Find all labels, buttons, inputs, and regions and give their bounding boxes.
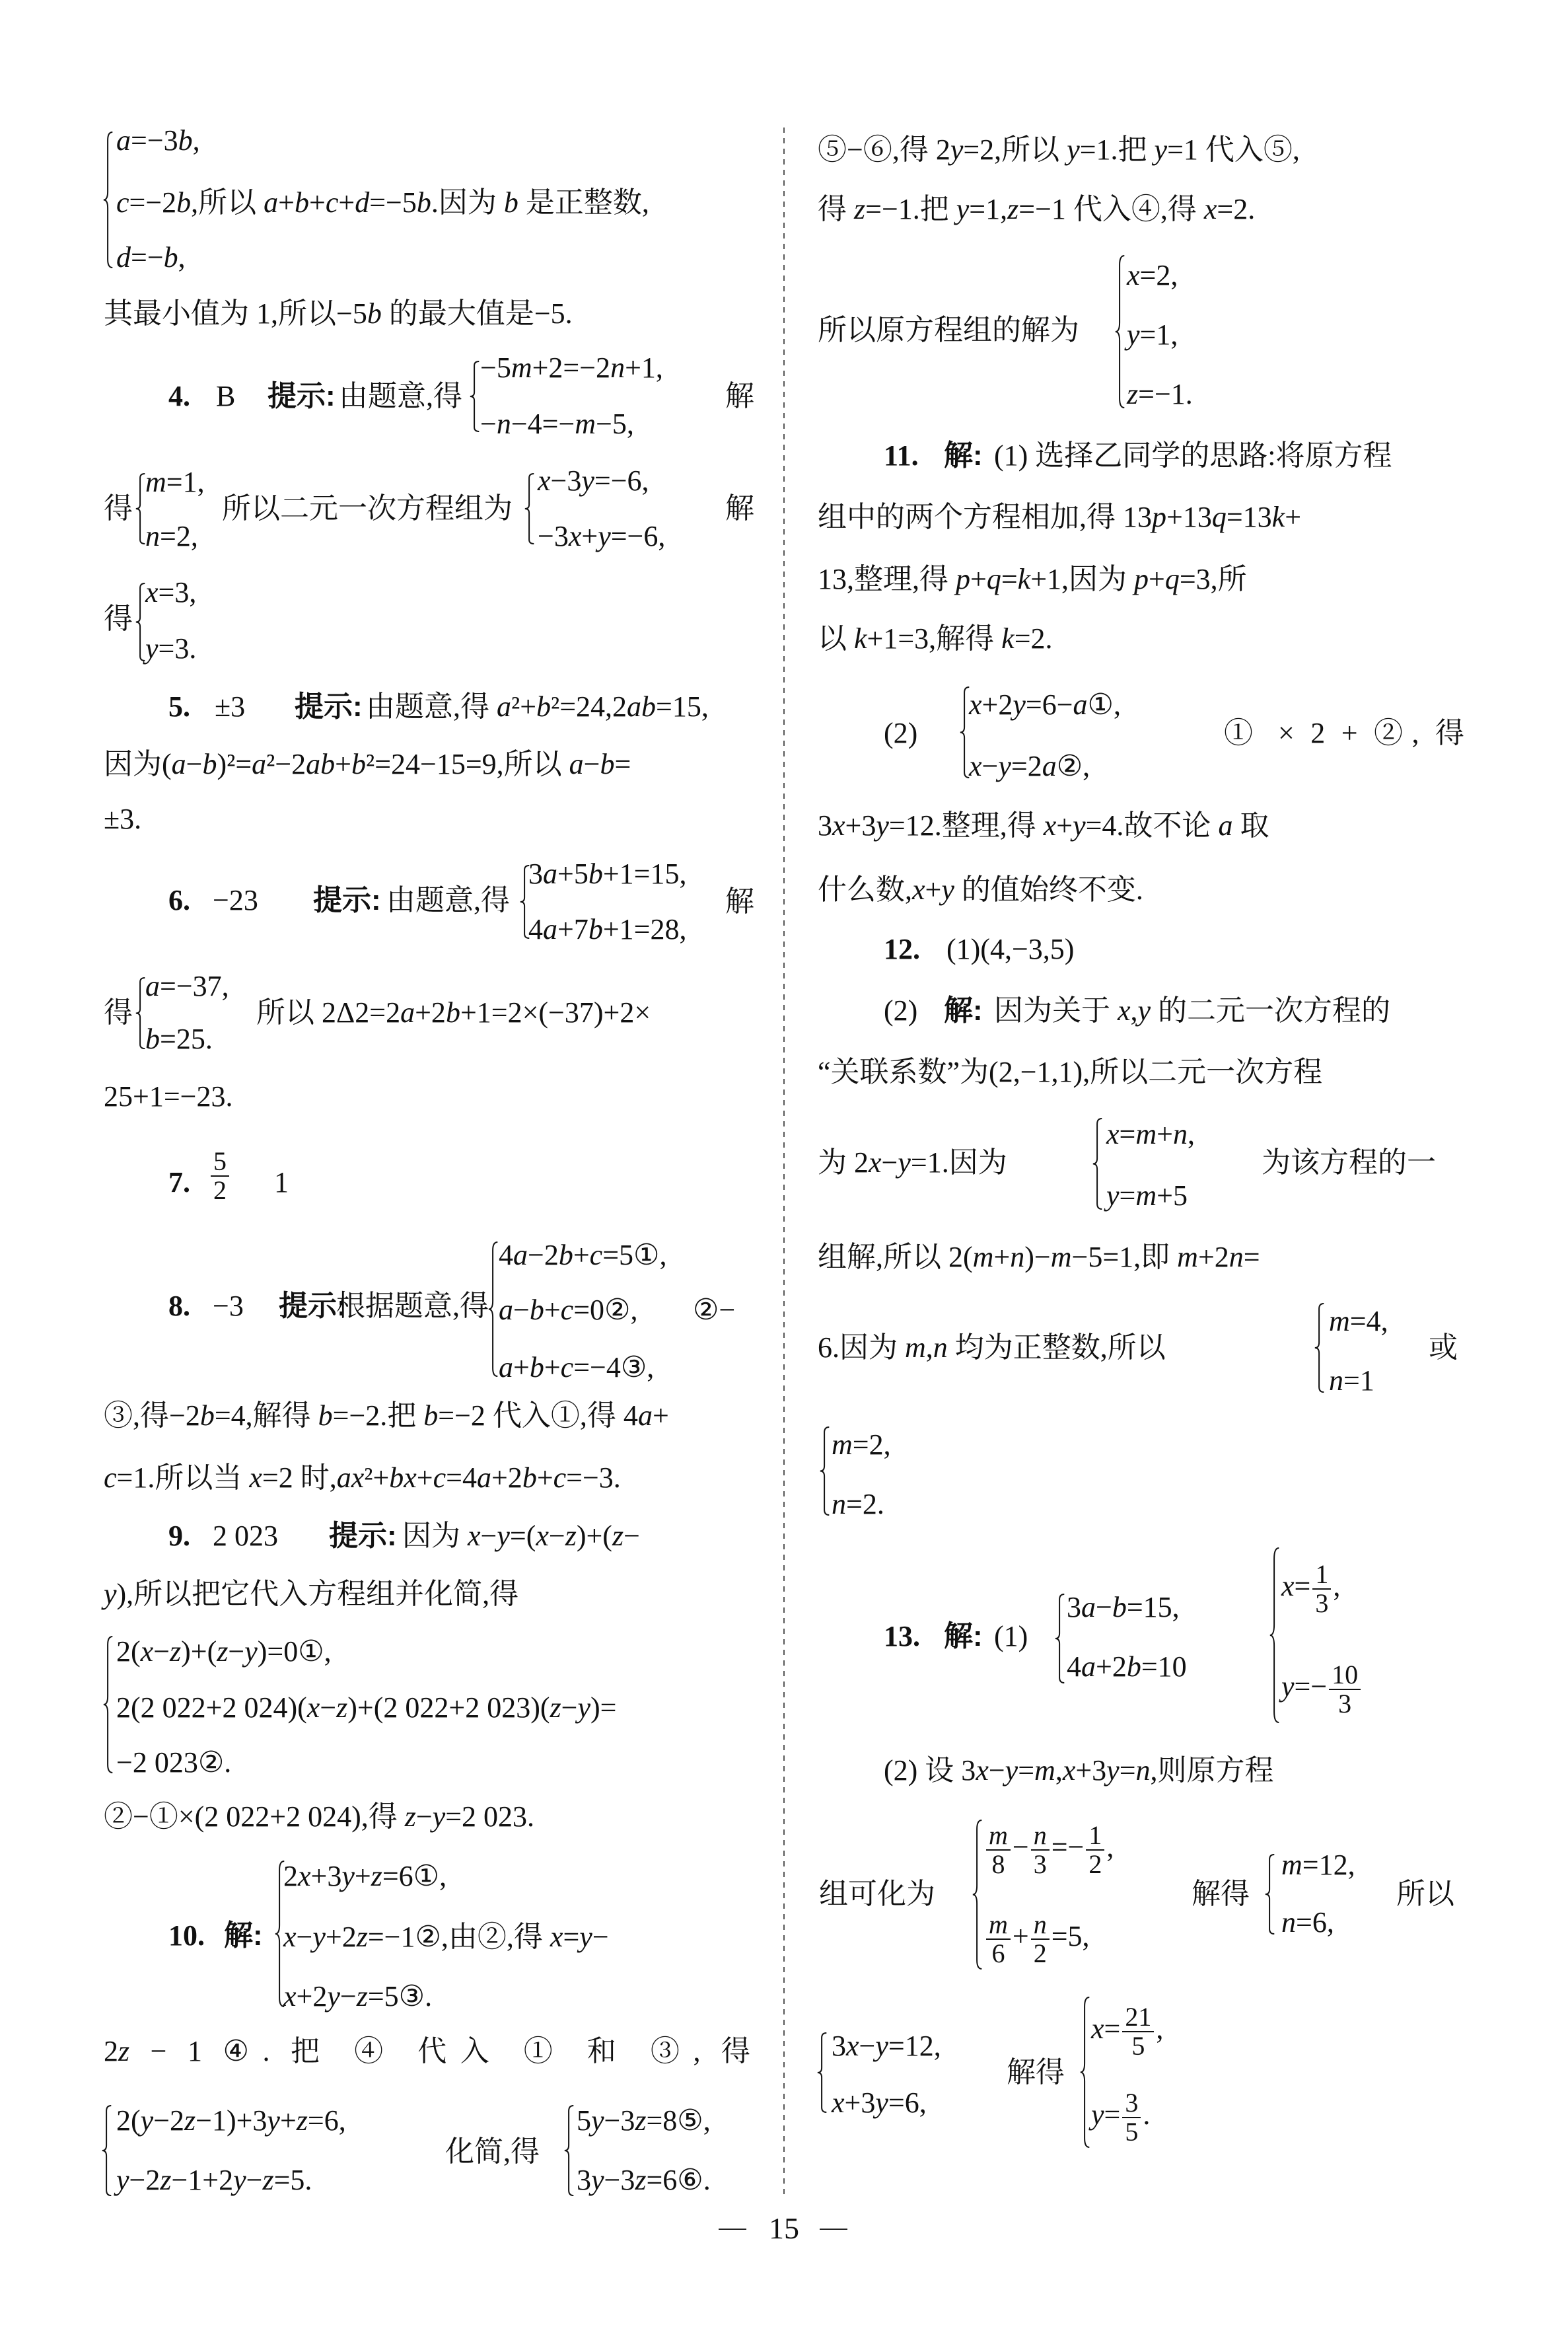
brace-icon <box>1114 256 1126 408</box>
text: 为 2x−y=1.因为 <box>818 1147 1007 1179</box>
system-row: n=2. <box>832 1489 884 1520</box>
text: 所以原方程组的解为 <box>818 314 1079 346</box>
text-line: 因为(a−b)²=a²−2ab+b²=24−15=9,所以 a−b= <box>104 749 631 780</box>
fraction: 13 <box>1312 1561 1331 1617</box>
text-line: ±3. <box>104 803 141 835</box>
system-row: x=m+n, <box>1106 1119 1195 1150</box>
hint-label: 提示: <box>295 691 363 723</box>
denominator: 3 <box>1312 1588 1331 1617</box>
question-number: 13. <box>884 1621 920 1652</box>
lhs: y=− <box>1281 1670 1327 1703</box>
text: 化简,得 <box>445 2136 540 2168</box>
system-row: n=1 <box>1329 1365 1374 1397</box>
denominator: 3 <box>1329 1689 1361 1718</box>
solution-label: 解: <box>944 995 983 1027</box>
question-number: 7. <box>168 1167 190 1199</box>
brace-icon <box>1264 1855 1276 1934</box>
tail: =5, <box>1051 1920 1090 1952</box>
solution-row: y=35. <box>1091 2089 1150 2146</box>
system-row: 3x−y=12, <box>832 2030 941 2062</box>
fraction: 215 <box>1122 2003 1154 2060</box>
system-row: 3a−b=15, <box>1067 1592 1180 1623</box>
solution-row: x=13, <box>1281 1561 1340 1617</box>
system-row: 2(2 022+2 024)(x−z)+(2 022+2 023)(z−y)= <box>116 1692 616 1724</box>
fraction: m8 <box>986 1822 1011 1878</box>
text-line: 2z − 1 ④. 把 ④ 代入 ① 和 ③, 得 <box>104 2036 750 2067</box>
system-row: 2(y−2z−1)+3y+z=6, <box>116 2105 346 2137</box>
system-row: 3y−3z=6⑥. <box>577 2164 711 2196</box>
answer-page: a=−3b, c=−2b,所以 a+b+c+d=−5b.因为 b 是正整数, d… <box>0 0 1568 2325</box>
system-row: a=−37, <box>145 971 229 1002</box>
hint-label: 提示: <box>329 1520 397 1552</box>
operator: + <box>1013 1920 1029 1952</box>
brace-icon <box>102 132 114 268</box>
system-row: a−b+c=0②, <box>499 1294 637 1326</box>
numerator: 10 <box>1329 1661 1361 1689</box>
tail: , <box>1333 1570 1340 1602</box>
system-row: 2(x−z)+(z−y)=0①, <box>116 1636 332 1668</box>
question-number: 11. <box>884 440 919 472</box>
system-row: z=−1. <box>1127 379 1193 410</box>
numerator: 21 <box>1122 2003 1154 2031</box>
answer: ±3 <box>215 691 245 723</box>
system-row: m8−n3=−12, <box>984 1822 1114 1878</box>
operator: − <box>1013 1831 1029 1863</box>
brace-icon <box>102 1637 114 1773</box>
tail: . <box>1143 2098 1150 2131</box>
numerator: 1 <box>1312 1561 1331 1588</box>
system-row: 4a−2b+c=5①, <box>499 1239 666 1271</box>
answer: −23 <box>213 885 258 916</box>
system-row: y=m+5 <box>1106 1180 1188 1212</box>
numerator: m <box>986 1822 1011 1849</box>
fraction: 52 <box>211 1148 229 1204</box>
text: 解 <box>725 493 754 525</box>
system-row: y=3. <box>145 633 196 665</box>
numerator: 5 <box>211 1148 229 1175</box>
fraction: n2 <box>1031 1911 1050 1968</box>
column-divider <box>783 128 785 2197</box>
solution-label: 解: <box>224 1920 263 1952</box>
text: 由题意,得 <box>386 885 510 916</box>
text-line: 组解,所以 2(m+n)−m−5=1,即 m+2n= <box>818 1241 1260 1273</box>
system-row: 4a+7b+1=28, <box>528 914 686 945</box>
answer: 2 023 <box>213 1520 278 1552</box>
brace-icon <box>819 1427 831 1515</box>
system-row: −2 023②. <box>116 1747 231 1779</box>
system-row: x−y=2a②, <box>969 751 1090 782</box>
brace-icon <box>1092 1119 1104 1209</box>
system-row: x+2y=6−a①, <box>969 689 1121 721</box>
denominator: 2 <box>1086 1849 1104 1878</box>
text-line: 13,整理,得 p+q=k+1,因为 p+q=3,所 <box>818 564 1247 595</box>
text: 由题意,得 a²+b²=24,2ab=15, <box>366 691 709 723</box>
numerator: n <box>1031 1822 1050 1849</box>
system-row: x=2, <box>1127 260 1178 291</box>
text: 所以二元一次方程组为 <box>222 493 513 525</box>
text-line: y),所以把它代入方程组并化简,得 <box>104 1578 518 1610</box>
system-row: 4a+2b=10 <box>1067 1651 1187 1683</box>
system-row: x+2y−z=5③. <box>283 1981 432 2012</box>
brace-icon <box>101 2106 113 2196</box>
text-line: ③,得−2b=4,解得 b=−2.把 b=−2 代入①,得 4a+ <box>104 1400 669 1432</box>
trailing-text: 所以 a+b+c+d=−5b.因为 b 是正整数, <box>198 186 649 219</box>
question-number: 8. <box>168 1290 190 1322</box>
system-row: −n−4=−m−5, <box>480 408 634 440</box>
page-number: 15 <box>769 2213 799 2244</box>
system-row: x+3y=6, <box>832 2087 927 2119</box>
text: 得 <box>104 997 133 1029</box>
part-label: (2) <box>884 995 917 1027</box>
answer-fraction: 52 <box>209 1148 231 1204</box>
text: 为该方程的一 <box>1262 1147 1436 1179</box>
system-row: b=25. <box>145 1023 213 1055</box>
denominator: 5 <box>1122 2117 1141 2146</box>
system-row: x−y+2z=−1②,由②,得 x=y− <box>283 1921 609 1953</box>
text-line: 其最小值为 1,所以−5b 的最大值是−5. <box>104 298 573 330</box>
text: 解 <box>725 886 754 918</box>
solution-label: 解: <box>944 1621 983 1652</box>
system-row: x−3y=−6, <box>538 465 649 497</box>
system-row: m=1, <box>145 466 205 498</box>
system-row: a=−3b, <box>116 125 200 157</box>
fraction: 103 <box>1329 1661 1361 1718</box>
text: ②− <box>693 1294 735 1326</box>
text-line: 25+1=−23. <box>104 1081 232 1113</box>
text: 根据题意,得 <box>336 1290 489 1322</box>
system-row: a+b+c=−4③, <box>499 1352 654 1384</box>
lhs: x= <box>1281 1570 1310 1602</box>
text-line: 组中的两个方程相加,得 13p+13q=13k+ <box>818 501 1301 533</box>
question-number: 6. <box>168 885 190 916</box>
text: 因为 x−y=(x−z)+(z− <box>402 1520 640 1552</box>
numerator: 3 <box>1122 2089 1141 2117</box>
system-row: m=12, <box>1281 1849 1355 1881</box>
answer: (1)(4,−3,5) <box>946 934 1074 965</box>
question-number: 12. <box>884 934 920 965</box>
text-line: 得 z=−1.把 y=1,z=−1 代入④,得 x=2. <box>818 194 1255 225</box>
text-line: 3x+3y=12.整理,得 x+y=4.故不论 a 取 <box>818 810 1269 842</box>
numerator: n <box>1031 1911 1050 1938</box>
brace-icon <box>469 361 481 431</box>
text: 解得 <box>1192 1878 1250 1910</box>
denominator: 8 <box>986 1849 1011 1878</box>
brace-icon <box>1079 1997 1091 2147</box>
system-row-eq: x−y+2z=−1②, <box>283 1921 448 1953</box>
numerator: 1 <box>1086 1822 1104 1849</box>
system-row: y=1, <box>1127 319 1178 351</box>
page-number-dash-left <box>719 2229 746 2230</box>
part-label: (2) <box>884 718 917 749</box>
text-line: 以 k+1=3,解得 k=2. <box>818 623 1053 655</box>
text: 因为关于 x,y 的二元一次方程的 <box>994 995 1390 1027</box>
numerator: m <box>986 1911 1011 1938</box>
denominator: 2 <box>211 1175 229 1204</box>
brace-icon <box>972 1820 983 1969</box>
system-row: 2x+3y+z=6①, <box>283 1861 446 1892</box>
solution-row: y=−103 <box>1281 1661 1363 1718</box>
fraction: m6 <box>986 1911 1011 1968</box>
brace-icon <box>1269 1548 1281 1722</box>
page-number-dash-right <box>820 2229 847 2230</box>
tail: , <box>1156 2012 1163 2045</box>
brace-icon <box>1314 1304 1326 1392</box>
brace-icon <box>816 2033 828 2112</box>
trailing-text: 由②,得 x=y− <box>448 1921 609 1953</box>
text-line: “关联系数”为(2,−1,1),所以二元一次方程 <box>818 1056 1322 1088</box>
text: 由题意,得 <box>339 381 462 412</box>
system-row-eq: c=−2b, <box>116 186 198 219</box>
system-row: m=2, <box>832 1429 891 1461</box>
system-row: −5m+2=−2n+1, <box>480 352 663 384</box>
text-line: c=1.所以当 x=2 时,ax²+bx+c=4a+2b+c=−3. <box>104 1462 621 1494</box>
hint-label: 提示: <box>313 885 381 916</box>
system-row: 3a+5b+1=15, <box>528 858 686 890</box>
fraction: 12 <box>1086 1822 1104 1878</box>
system-row: y−2z−1+2y−z=5. <box>116 2164 312 2196</box>
text: ① × 2 + ②, 得 <box>1224 718 1464 749</box>
denominator: 6 <box>986 1938 1011 1968</box>
text-line: ②−①×(2 022+2 024),得 z−y=2 023. <box>104 1801 534 1833</box>
operator: =− <box>1051 1831 1085 1863</box>
denominator: 2 <box>1031 1938 1050 1968</box>
text-line: 什么数,x+y 的值始终不变. <box>818 874 1143 906</box>
system-row: n=6, <box>1281 1907 1334 1938</box>
solution-row: x=215, <box>1091 2003 1163 2060</box>
system-row: m6+n2=5, <box>984 1911 1090 1968</box>
text: 组可化为 <box>819 1878 935 1910</box>
question-number: 9. <box>168 1520 190 1552</box>
brace-icon <box>487 1242 499 1376</box>
lhs: y= <box>1091 2098 1120 2131</box>
question-number: 5. <box>168 691 190 723</box>
denominator: 5 <box>1122 2031 1154 2060</box>
text: 解得 <box>1007 2057 1065 2088</box>
system-row: 5y−3z=8⑤, <box>577 2105 711 2137</box>
denominator: 3 <box>1031 1849 1050 1878</box>
fraction: 35 <box>1122 2089 1141 2146</box>
system-row: d=−b, <box>116 242 186 274</box>
text: 得 <box>104 603 133 635</box>
text-line: (2) 设 3x−y=m,x+3y=n,则原方程 <box>884 1755 1274 1787</box>
question-number: 10. <box>168 1920 205 1952</box>
answer: B <box>216 381 235 412</box>
brace-icon <box>563 2106 575 2196</box>
answer: −3 <box>213 1290 244 1322</box>
solution-label: 解: <box>944 440 983 472</box>
text: 解 <box>725 381 754 412</box>
question-number: 4. <box>168 381 190 412</box>
system-row: c=−2b,所以 a+b+c+d=−5b.因为 b 是正整数, <box>116 187 649 219</box>
text: 所以 2Δ2=2a+2b+1=2×(−37)+2× <box>256 997 651 1029</box>
hint-label: 提示: <box>267 381 336 412</box>
text: (1) 选择乙同学的思路:将原方程 <box>994 440 1392 472</box>
tail: , <box>1106 1831 1114 1863</box>
system-row: −3x+y=−6, <box>538 521 665 552</box>
system-row: m=4, <box>1329 1306 1388 1337</box>
brace-icon <box>524 474 536 544</box>
fraction: n3 <box>1031 1822 1050 1878</box>
text: 得 <box>104 493 133 525</box>
system-row: x=3, <box>145 577 196 609</box>
text: 所以 <box>1396 1878 1454 1910</box>
text-line: ⑤−⑥,得 2y=2,所以 y=1.把 y=1 代入⑤, <box>818 134 1300 166</box>
text: 6.因为 m,n 均为正整数,所以 <box>818 1332 1166 1364</box>
part-label: (1) <box>994 1621 1028 1652</box>
brace-icon <box>1054 1594 1066 1683</box>
text: 或 <box>1429 1332 1458 1364</box>
system-row: n=2, <box>145 521 198 552</box>
lhs: x= <box>1091 2012 1120 2045</box>
answer: 1 <box>274 1167 289 1199</box>
